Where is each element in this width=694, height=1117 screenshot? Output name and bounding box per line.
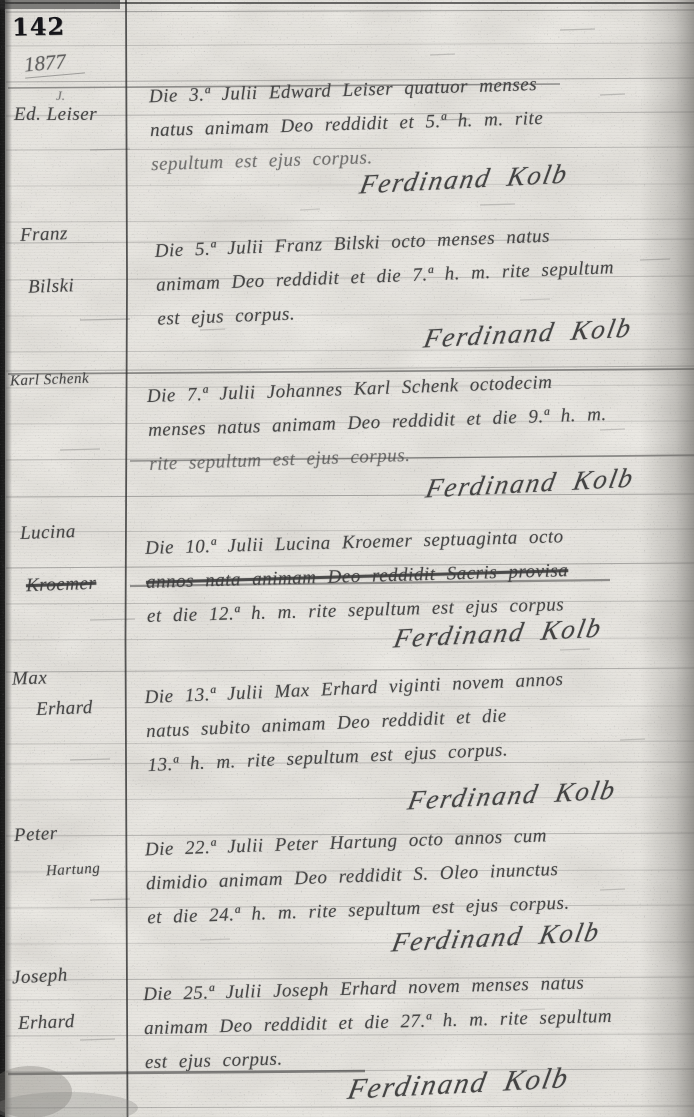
page-number: 142 — [12, 12, 66, 42]
burial-entry-text: Die 7.ª Julii Johannes Karl Schenk octod… — [146, 364, 608, 482]
margin-name-deceased: Max — [12, 667, 48, 690]
margin-name-deceased-struck: Kroemer — [26, 573, 97, 597]
margin-name-deceased: Joseph — [11, 965, 68, 990]
margin-name-deceased: Hartung — [46, 861, 101, 881]
margin-mark: J. — [56, 88, 65, 104]
margin-name-deceased: Peter — [13, 823, 58, 847]
margin-name-deceased: Erhard — [36, 697, 94, 721]
margin-name-deceased: Franz — [20, 223, 69, 247]
year-heading: 1877 — [23, 47, 85, 78]
priest-signature: Ferdinand Kolb — [405, 774, 619, 816]
scanned-register-page: 142 1877 J. Ed. Leiser Die 3.ª Julii Edw… — [0, 0, 694, 1117]
margin-name-deceased: Karl Schenk — [10, 371, 90, 391]
margin-name-deceased: Lucina — [20, 521, 77, 545]
margin-name-deceased: Erhard — [18, 1011, 76, 1035]
margin-name-deceased: Ed. Leiser — [14, 104, 97, 126]
margin-name-deceased: Bilski — [28, 275, 75, 299]
burial-entry-text: Die 13.ª Julii Max Erhard viginti novem … — [144, 663, 567, 783]
burial-entry-text: Die 22.ª Julii Peter Hartung octo annos … — [144, 819, 570, 936]
